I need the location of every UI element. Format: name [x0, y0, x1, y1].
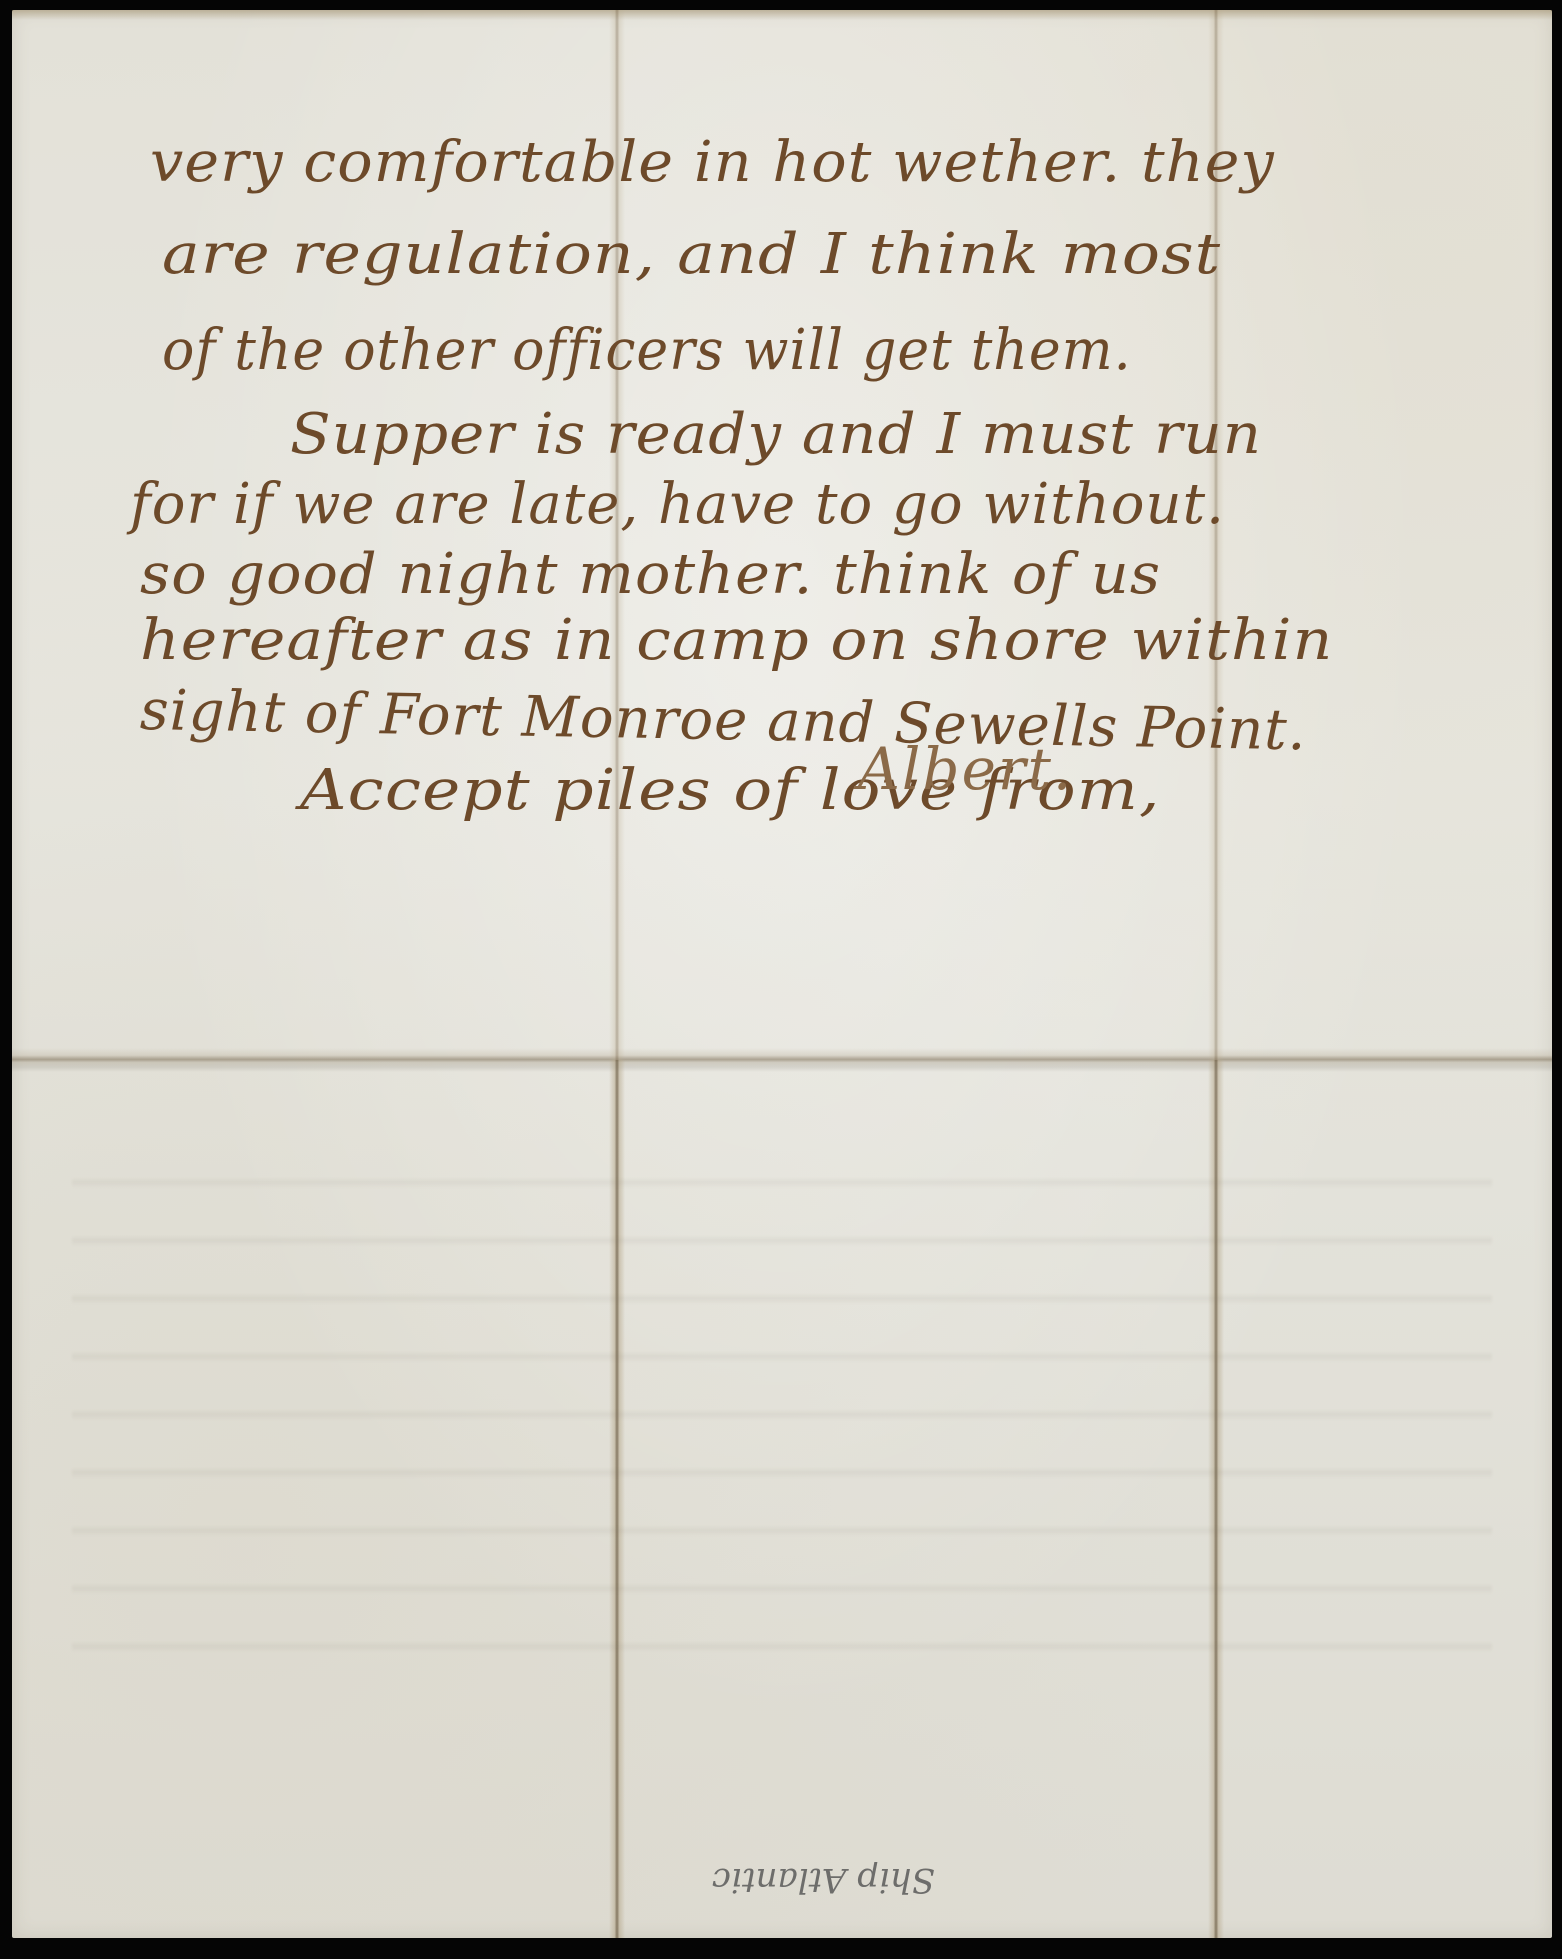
horizontal-fold-crease [12, 1048, 1552, 1072]
reverse-side-show-through [72, 1130, 1492, 1690]
pencil-annotation-upside-down: Ship Atlantic [712, 1860, 935, 1900]
signature: Albert. [858, 735, 1073, 803]
letter-line-6: so good night mother. think of us [140, 542, 1161, 607]
letter-line-3: of the other officers will get them. [162, 318, 1132, 383]
letter-page [12, 10, 1552, 1938]
letter-line-7: hereafter as in camp on shore within [140, 608, 1333, 673]
letter-line-4: Supper is ready and I must run [290, 402, 1262, 467]
letter-line-5: for if we are late, have to go without. [130, 472, 1225, 537]
letter-line-2: are regulation, and I think most [162, 222, 1221, 287]
letter-line-1: very comfortable in hot wether. they [150, 130, 1275, 195]
